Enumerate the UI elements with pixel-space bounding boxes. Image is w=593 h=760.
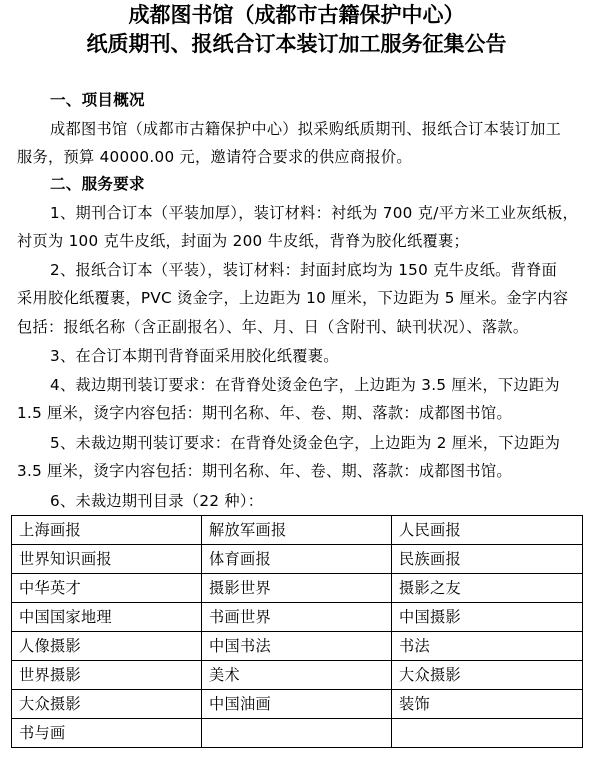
requirement-item-2-cont: 采用胶化纸覆裹，PVC 烫金字，上边距为 10 厘米，下边距为 5 厘米。金字内… xyxy=(17,288,583,308)
table-cell: 体育画报 xyxy=(202,545,392,574)
section-heading-requirements: 二、服务要求 xyxy=(50,174,583,194)
table-cell: 世界摄影 xyxy=(12,661,202,690)
table-cell: 民族画报 xyxy=(392,545,583,574)
table-cell: 大众摄影 xyxy=(392,661,583,690)
table-cell: 美术 xyxy=(202,661,392,690)
overview-text-line: 服务，预算 40000.00 元，邀请符合要求的供应商报价。 xyxy=(17,147,583,167)
table-cell: 人民画报 xyxy=(392,516,583,545)
table-cell: 上海画报 xyxy=(12,516,202,545)
table-cell: 书画世界 xyxy=(202,603,392,632)
table-row: 人像摄影 中国书法 书法 xyxy=(12,632,583,661)
section-heading-overview: 一、项目概况 xyxy=(50,90,583,110)
table-row: 大众摄影 中国油画 装饰 xyxy=(12,690,583,719)
table-row: 书与画 xyxy=(12,719,583,748)
requirement-item-5: 5、未裁边期刊装订要求：在背脊处烫金色字，上边距为 2 厘米，下边距为 xyxy=(50,433,583,453)
requirement-item-2-cont: 包括：报纸名称（含正副报名）、年、月、日（含附刊、缺刊状况）、落款。 xyxy=(17,317,583,337)
table-cell: 装饰 xyxy=(392,690,583,719)
table-row: 世界摄影 美术 大众摄影 xyxy=(12,661,583,690)
requirement-item-4: 4、裁边期刊装订要求：在背脊处烫金色字，上边距为 3.5 厘米，下边距为 xyxy=(50,375,583,395)
requirement-item-5-cont: 3.5 厘米，烫字内容包括：期刊名称、年、卷、期、落款：成都图书馆。 xyxy=(17,461,583,481)
requirement-item-6: 6、未裁边期刊目录（22 种）： xyxy=(50,491,583,511)
table-row: 上海画报 解放军画报 人民画报 xyxy=(12,516,583,545)
table-cell: 世界知识画报 xyxy=(12,545,202,574)
table-cell: 中国书法 xyxy=(202,632,392,661)
requirement-item-1: 1、期刊合订本（平装加厚），装订材料：衬纸为 700 克/平方米工业灰纸板， xyxy=(50,203,583,223)
table-cell: 书法 xyxy=(392,632,583,661)
table-cell: 中国国家地理 xyxy=(12,603,202,632)
table-row: 中华英才 摄影世界 摄影之友 xyxy=(12,574,583,603)
table-cell: 人像摄影 xyxy=(12,632,202,661)
requirement-item-1-cont: 衬页为 100 克牛皮纸，封面为 200 牛皮纸，背脊为胶化纸覆裹； xyxy=(17,231,583,251)
table-cell: 书与画 xyxy=(12,719,202,748)
table-cell: 摄影之友 xyxy=(392,574,583,603)
table-cell: 大众摄影 xyxy=(12,690,202,719)
table-cell: 解放军画报 xyxy=(202,516,392,545)
table-cell xyxy=(202,719,392,748)
table-row: 中国国家地理 书画世界 中国摄影 xyxy=(12,603,583,632)
table-cell: 中华英才 xyxy=(12,574,202,603)
table-row: 世界知识画报 体育画报 民族画报 xyxy=(12,545,583,574)
table-cell: 中国油画 xyxy=(202,690,392,719)
periodical-catalog-table: 上海画报 解放军画报 人民画报 世界知识画报 体育画报 民族画报 中华英才 摄影… xyxy=(11,515,583,748)
overview-text-line: 成都图书馆（成都市古籍保护中心）拟采购纸质期刊、报纸合订本装订加工 xyxy=(50,119,583,139)
table-cell: 摄影世界 xyxy=(202,574,392,603)
requirement-item-4-cont: 1.5 厘米，烫字内容包括：期刊名称、年、卷、期、落款：成都图书馆。 xyxy=(17,403,583,423)
requirement-item-3: 3、在合订本期刊背脊面采用胶化纸覆裹。 xyxy=(50,346,583,366)
document-title-line-2: 纸质期刊、报纸合订本装订加工服务征集公告 xyxy=(0,31,593,57)
requirement-item-2: 2、报纸合订本（平装），装订材料：封面封底均为 150 克牛皮纸。背脊面 xyxy=(50,260,583,280)
table-cell xyxy=(392,719,583,748)
document-title-line-1: 成都图书馆（成都市古籍保护中心） xyxy=(0,2,593,28)
table-cell: 中国摄影 xyxy=(392,603,583,632)
